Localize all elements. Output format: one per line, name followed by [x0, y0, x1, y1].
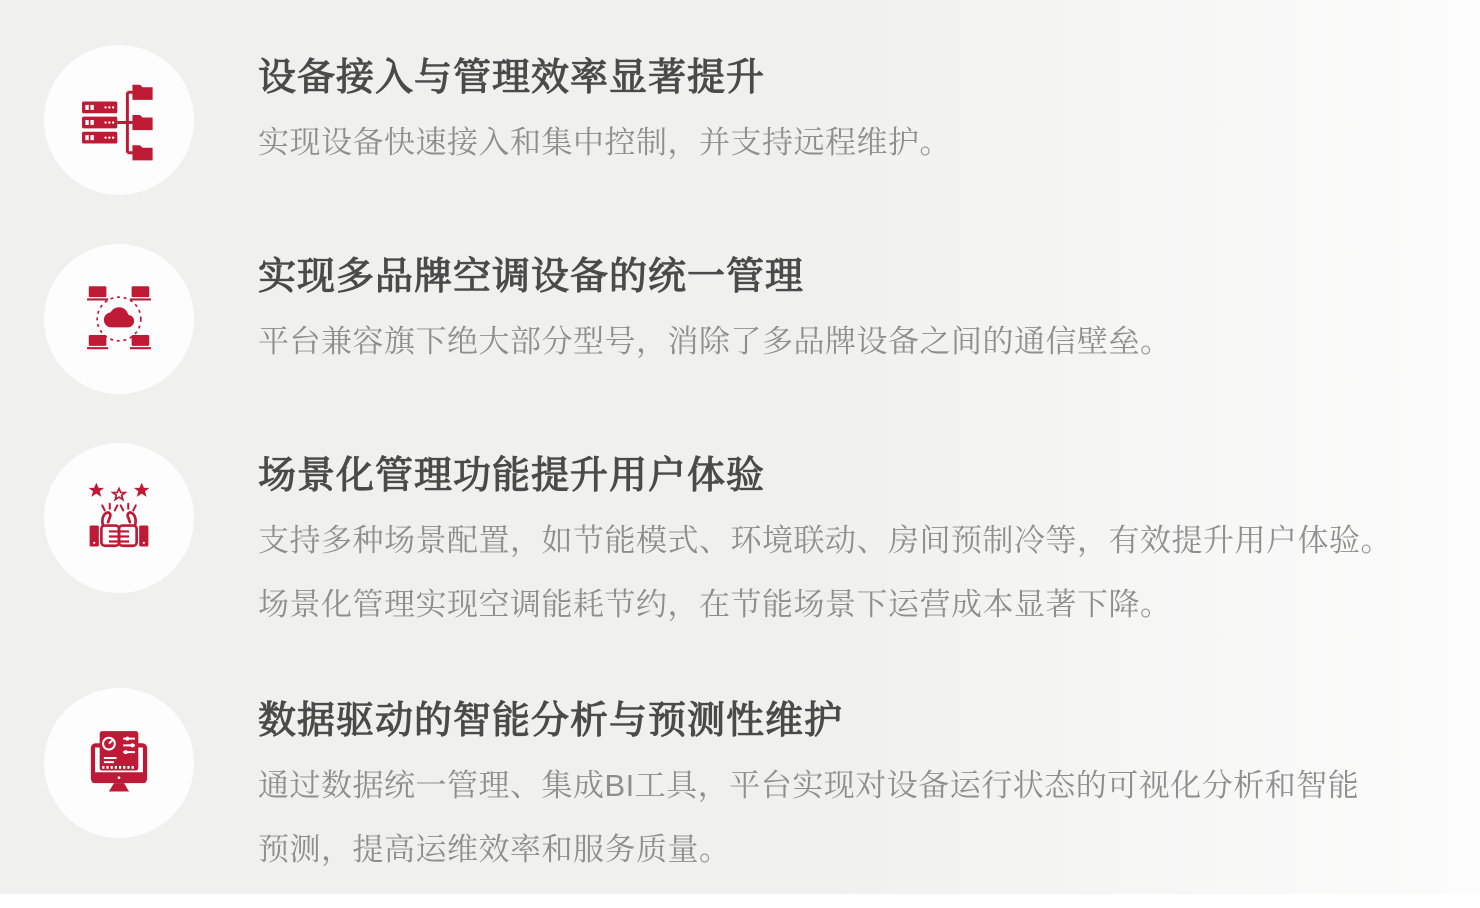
feature-description-line: 支持多种场景配置，如节能模式、环境联动、房间预制冷等，有效提升用户体验。: [258, 509, 1392, 573]
feature-icon-circle: [44, 688, 194, 838]
feature-title: 实现多品牌空调设备的统一管理: [258, 254, 1172, 300]
feature-description: 通过数据统一管理、集成BI工具，平台实现对设备运行状态的可视化分析和智能 预测，…: [258, 754, 1359, 882]
feature-description-line: 实现设备快速接入和集中控制，并支持远程维护。: [258, 111, 951, 175]
feature-title: 场景化管理功能提升用户体验: [258, 453, 1392, 499]
feature-row-data-analytics: 数据驱动的智能分析与预测性维护 通过数据统一管理、集成BI工具，平台实现对设备运…: [44, 688, 1359, 882]
feature-description-line: 预测，提高运维效率和服务质量。: [258, 818, 1359, 882]
feature-description: 平台兼容旗下绝大部分型号，消除了多品牌设备之间的通信壁垒。: [258, 310, 1172, 374]
feature-title: 设备接入与管理效率显著提升: [258, 55, 951, 101]
thumbs-up-stars-icon: [77, 476, 161, 560]
feature-icon-circle: [44, 244, 194, 394]
feature-icon-circle: [44, 443, 194, 593]
feature-description-line: 通过数据统一管理、集成BI工具，平台实现对设备运行状态的可视化分析和智能: [258, 754, 1359, 818]
feature-text: 实现多品牌空调设备的统一管理 平台兼容旗下绝大部分型号，消除了多品牌设备之间的通…: [258, 244, 1172, 374]
analytics-monitor-icon: [77, 721, 161, 805]
feature-description: 支持多种场景配置，如节能模式、环境联动、房间预制冷等，有效提升用户体验。 场景化…: [258, 509, 1392, 637]
feature-text: 设备接入与管理效率显著提升 实现设备快速接入和集中控制，并支持远程维护。: [258, 45, 951, 175]
feature-list-page: 设备接入与管理效率显著提升 实现设备快速接入和集中控制，并支持远程维护。: [0, 0, 1480, 908]
feature-description-line: 场景化管理实现空调能耗节约，在节能场景下运营成本显著下降。: [258, 573, 1392, 637]
feature-text: 场景化管理功能提升用户体验 支持多种场景配置，如节能模式、环境联动、房间预制冷等…: [258, 443, 1392, 637]
feature-icon-circle: [44, 45, 194, 195]
feature-text: 数据驱动的智能分析与预测性维护 通过数据统一管理、集成BI工具，平台实现对设备运…: [258, 688, 1359, 882]
feature-description-line: 平台兼容旗下绝大部分型号，消除了多品牌设备之间的通信壁垒。: [258, 310, 1172, 374]
feature-title: 数据驱动的智能分析与预测性维护: [258, 698, 1359, 744]
feature-row-scenario: 场景化管理功能提升用户体验 支持多种场景配置，如节能模式、环境联动、房间预制冷等…: [44, 443, 1392, 637]
feature-row-multi-brand: 实现多品牌空调设备的统一管理 平台兼容旗下绝大部分型号，消除了多品牌设备之间的通…: [44, 244, 1172, 394]
feature-description: 实现设备快速接入和集中控制，并支持远程维护。: [258, 111, 951, 175]
feature-row-device-access: 设备接入与管理效率显著提升 实现设备快速接入和集中控制，并支持远程维护。: [44, 45, 951, 195]
cloud-network-icon: [77, 277, 161, 361]
server-folder-tree-icon: [77, 78, 161, 162]
bottom-white-bar: [0, 894, 1480, 908]
